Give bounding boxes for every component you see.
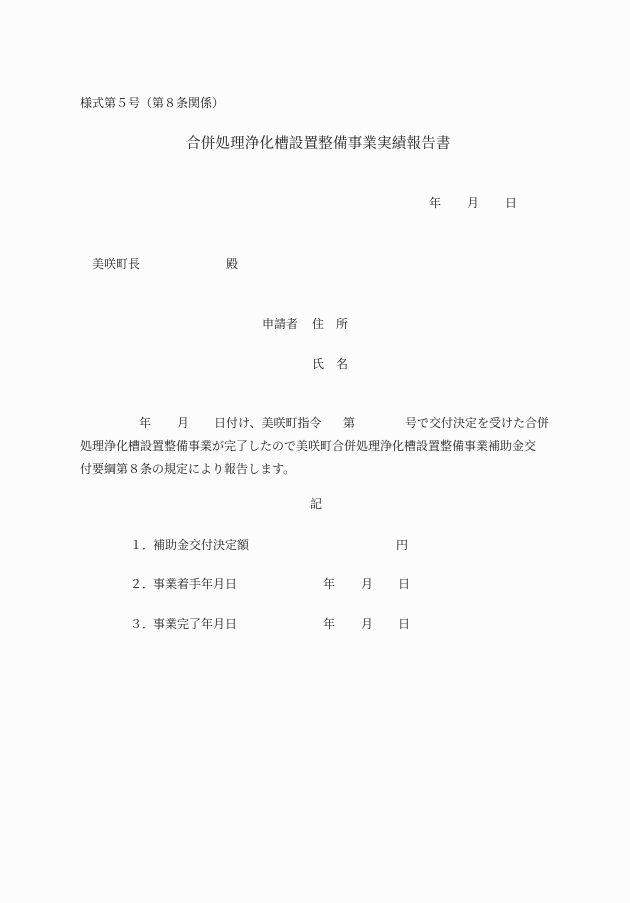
ki-label: 記	[310, 498, 322, 510]
form-number: 様式第５号（第８条関係）	[80, 97, 224, 109]
item-label: 事業完了年月日	[153, 618, 237, 630]
item-number: ２．	[130, 578, 154, 590]
item-unit: 円	[396, 539, 408, 551]
date-year-label: 年	[429, 197, 441, 209]
item-year: 年	[323, 578, 335, 590]
item-month: 月	[361, 618, 373, 630]
applicant-name-label: 氏 名	[312, 358, 348, 370]
body-line3: 付要綱第８条の規定により報告します。	[80, 463, 295, 475]
applicant-address-label: 住 所	[312, 318, 348, 330]
applicant-role-label: 申請者	[262, 318, 298, 330]
item-label: 補助金交付決定額	[153, 539, 249, 551]
body-line1-rest: 号で交付決定を受けた合併	[405, 417, 549, 429]
item-year: 年	[323, 618, 335, 630]
addressee-honorific: 殿	[226, 258, 238, 270]
item-number: １．	[130, 539, 154, 551]
body-dai: 第	[343, 417, 355, 429]
item-number: ３．	[130, 618, 154, 630]
body-month: 月	[177, 417, 189, 429]
body-day-suffix: 日付け、美咲町指令	[214, 417, 322, 429]
body-year: 年	[139, 417, 151, 429]
item-day: 日	[398, 578, 410, 590]
addressee-name: 美咲町長	[92, 258, 140, 270]
body-line2: 処理浄化槽設置整備事業が完了したので美咲町合併処理浄化槽設置整備事業補助金交	[80, 440, 536, 452]
date-month-label: 月	[467, 197, 479, 209]
item-day: 日	[398, 618, 410, 630]
item-label: 事業着手年月日	[153, 578, 237, 590]
document-title: 合併処理浄化槽設置整備事業実績報告書	[186, 137, 451, 152]
item-month: 月	[361, 578, 373, 590]
date-day-label: 日	[505, 197, 517, 209]
